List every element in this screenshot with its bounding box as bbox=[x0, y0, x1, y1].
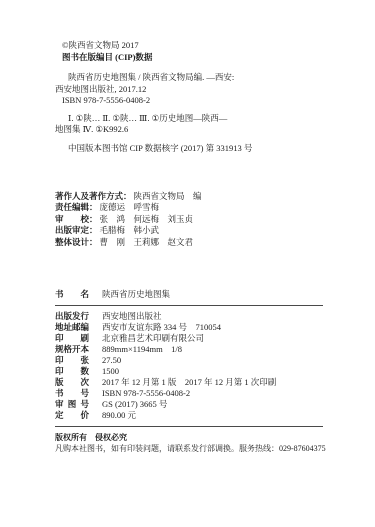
publication-row: 印张27.50 bbox=[55, 355, 339, 366]
credit-row: 审 校：张 鸿 何远梅 刘玉贞 bbox=[55, 214, 339, 225]
credit-row: 责任编辑：庞德运 呼雪梅 bbox=[55, 202, 339, 213]
publication-label: 规格开本 bbox=[55, 344, 89, 355]
cip-classification-line: Ⅰ. ①陕… Ⅱ. ①陕… Ⅲ. ①历史地图—陕西— bbox=[68, 113, 339, 125]
publication-row: 定价890.00 元 bbox=[55, 410, 339, 421]
publication-row: 出版发行西安地图出版社 bbox=[55, 311, 339, 322]
credit-value: 张 鸿 何远梅 刘玉贞 bbox=[100, 214, 194, 224]
publication-value: 1500 bbox=[102, 366, 119, 376]
book-title: 陕西省历史地图集 bbox=[102, 289, 170, 299]
publication-row: 印刷北京雅昌艺术印刷有限公司 bbox=[55, 333, 339, 344]
publication-value: 27.50 bbox=[102, 355, 121, 365]
cip-heading: 图书在版编目 (CIP)数据 bbox=[62, 52, 339, 64]
credit-row: 出版审定：毛腊梅 韩小武 bbox=[55, 225, 339, 236]
publication-label: 印数 bbox=[55, 366, 89, 377]
book-title-row: 书名陕西省历史地图集 bbox=[55, 289, 339, 301]
credit-value: 陕西省文物局 编 bbox=[134, 191, 202, 201]
publication-value: 2017 年 12 月第 1 版 2017 年 12 月第 1 次印刷 bbox=[102, 377, 276, 387]
publication-row: 版次2017 年 12 月第 1 版 2017 年 12 月第 1 次印刷 bbox=[55, 377, 339, 388]
publication-label: 版次 bbox=[55, 377, 89, 388]
publication-value: ISBN 978-7-5556-0408-2 bbox=[102, 388, 190, 398]
credit-value: 曹 刚 王莉娜 赵文君 bbox=[100, 237, 194, 247]
publication-value: 北京雅昌艺术印刷有限公司 bbox=[102, 333, 204, 343]
publication-row: 规格开本889mm×1194mm 1/8 bbox=[55, 344, 339, 355]
credit-label: 著作人及著作方式： bbox=[55, 191, 132, 201]
credit-row: 著作人及著作方式：陕西省文物局 编 bbox=[55, 191, 339, 202]
cip-description-block: 陕西省历史地图集 / 陕西省文物局编. —西安: 西安地图出版社, 2017.1… bbox=[55, 72, 339, 107]
publication-value: 西安地图出版社 bbox=[102, 311, 162, 321]
cip-classification-block: Ⅰ. ①陕… Ⅱ. ①陕… Ⅲ. ①历史地图—陕西— 地图集 Ⅳ. ①K992.… bbox=[55, 113, 339, 136]
credit-label: 出版审定： bbox=[55, 225, 98, 235]
credit-value: 毛腊梅 韩小武 bbox=[100, 225, 160, 235]
isbn-line: ISBN 978-7-5556-0408-2 bbox=[62, 95, 339, 107]
publication-label: 出版发行 bbox=[55, 311, 89, 322]
credit-label: 审 校： bbox=[55, 214, 98, 224]
credit-row: 整体设计：曹 刚 王莉娜 赵文君 bbox=[55, 237, 339, 248]
publication-label: 审图号 bbox=[55, 399, 89, 410]
publication-value: 西安市友谊东路 334 号 710054 bbox=[102, 322, 221, 332]
credit-value: 庞德运 呼雪梅 bbox=[100, 202, 160, 212]
copyright-line: ©陕西省文物局 2017 bbox=[62, 40, 339, 52]
cip-record: 中国版本图书馆 CIP 数据核字 (2017) 第 331913 号 bbox=[68, 143, 339, 155]
publication-row: 书号ISBN 978-7-5556-0408-2 bbox=[55, 388, 339, 399]
publication-value: 890.00 元 bbox=[102, 410, 136, 420]
cip-head-block: ©陕西省文物局 2017 图书在版编目 (CIP)数据 bbox=[55, 40, 339, 63]
divider bbox=[55, 426, 323, 427]
publication-label: 书号 bbox=[55, 388, 89, 399]
publication-label: 地址邮编 bbox=[55, 322, 89, 333]
footer-section: 版权所有 侵权必究 凡购本社图书，如有印装问题，请联系发行部调换。服务热线：02… bbox=[55, 432, 339, 455]
book-title-label: 书名 bbox=[55, 289, 89, 301]
publication-value: GS (2017) 3665 号 bbox=[102, 399, 167, 409]
divider bbox=[55, 305, 323, 306]
cip-description-line: 西安地图出版社, 2017.12 bbox=[55, 84, 339, 96]
publication-row: 印数1500 bbox=[55, 366, 339, 377]
publication-row: 地址邮编西安市友谊东路 334 号 710054 bbox=[55, 322, 339, 333]
publication-section: 出版发行西安地图出版社 地址邮编西安市友谊东路 334 号 710054 印刷北… bbox=[55, 311, 339, 421]
publication-label: 印张 bbox=[55, 355, 89, 366]
credit-label: 整体设计： bbox=[55, 237, 98, 247]
publication-value: 889mm×1194mm 1/8 bbox=[102, 344, 182, 354]
cip-classification-line: 地图集 Ⅳ. ①K992.6 bbox=[55, 124, 339, 136]
credits-section: 著作人及著作方式：陕西省文物局 编 责任编辑：庞德运 呼雪梅 审 校：张 鸿 何… bbox=[55, 191, 339, 248]
publication-label: 定价 bbox=[55, 410, 89, 421]
cip-description-line: 陕西省历史地图集 / 陕西省文物局编. —西安: bbox=[68, 72, 339, 84]
cip-record-block: 中国版本图书馆 CIP 数据核字 (2017) 第 331913 号 bbox=[55, 143, 339, 155]
publication-label: 印刷 bbox=[55, 333, 89, 344]
colophon-page: ©陕西省文物局 2017 图书在版编目 (CIP)数据 陕西省历史地图集 / 陕… bbox=[0, 0, 375, 527]
service-hotline: 凡购本社图书，如有印装问题，请联系发行部调换。服务热线：029-87604375 bbox=[55, 443, 339, 455]
publication-row: 审图号GS (2017) 3665 号 bbox=[55, 399, 339, 410]
copyright-notice: 版权所有 侵权必究 bbox=[55, 432, 339, 444]
credit-label: 责任编辑： bbox=[55, 202, 98, 212]
